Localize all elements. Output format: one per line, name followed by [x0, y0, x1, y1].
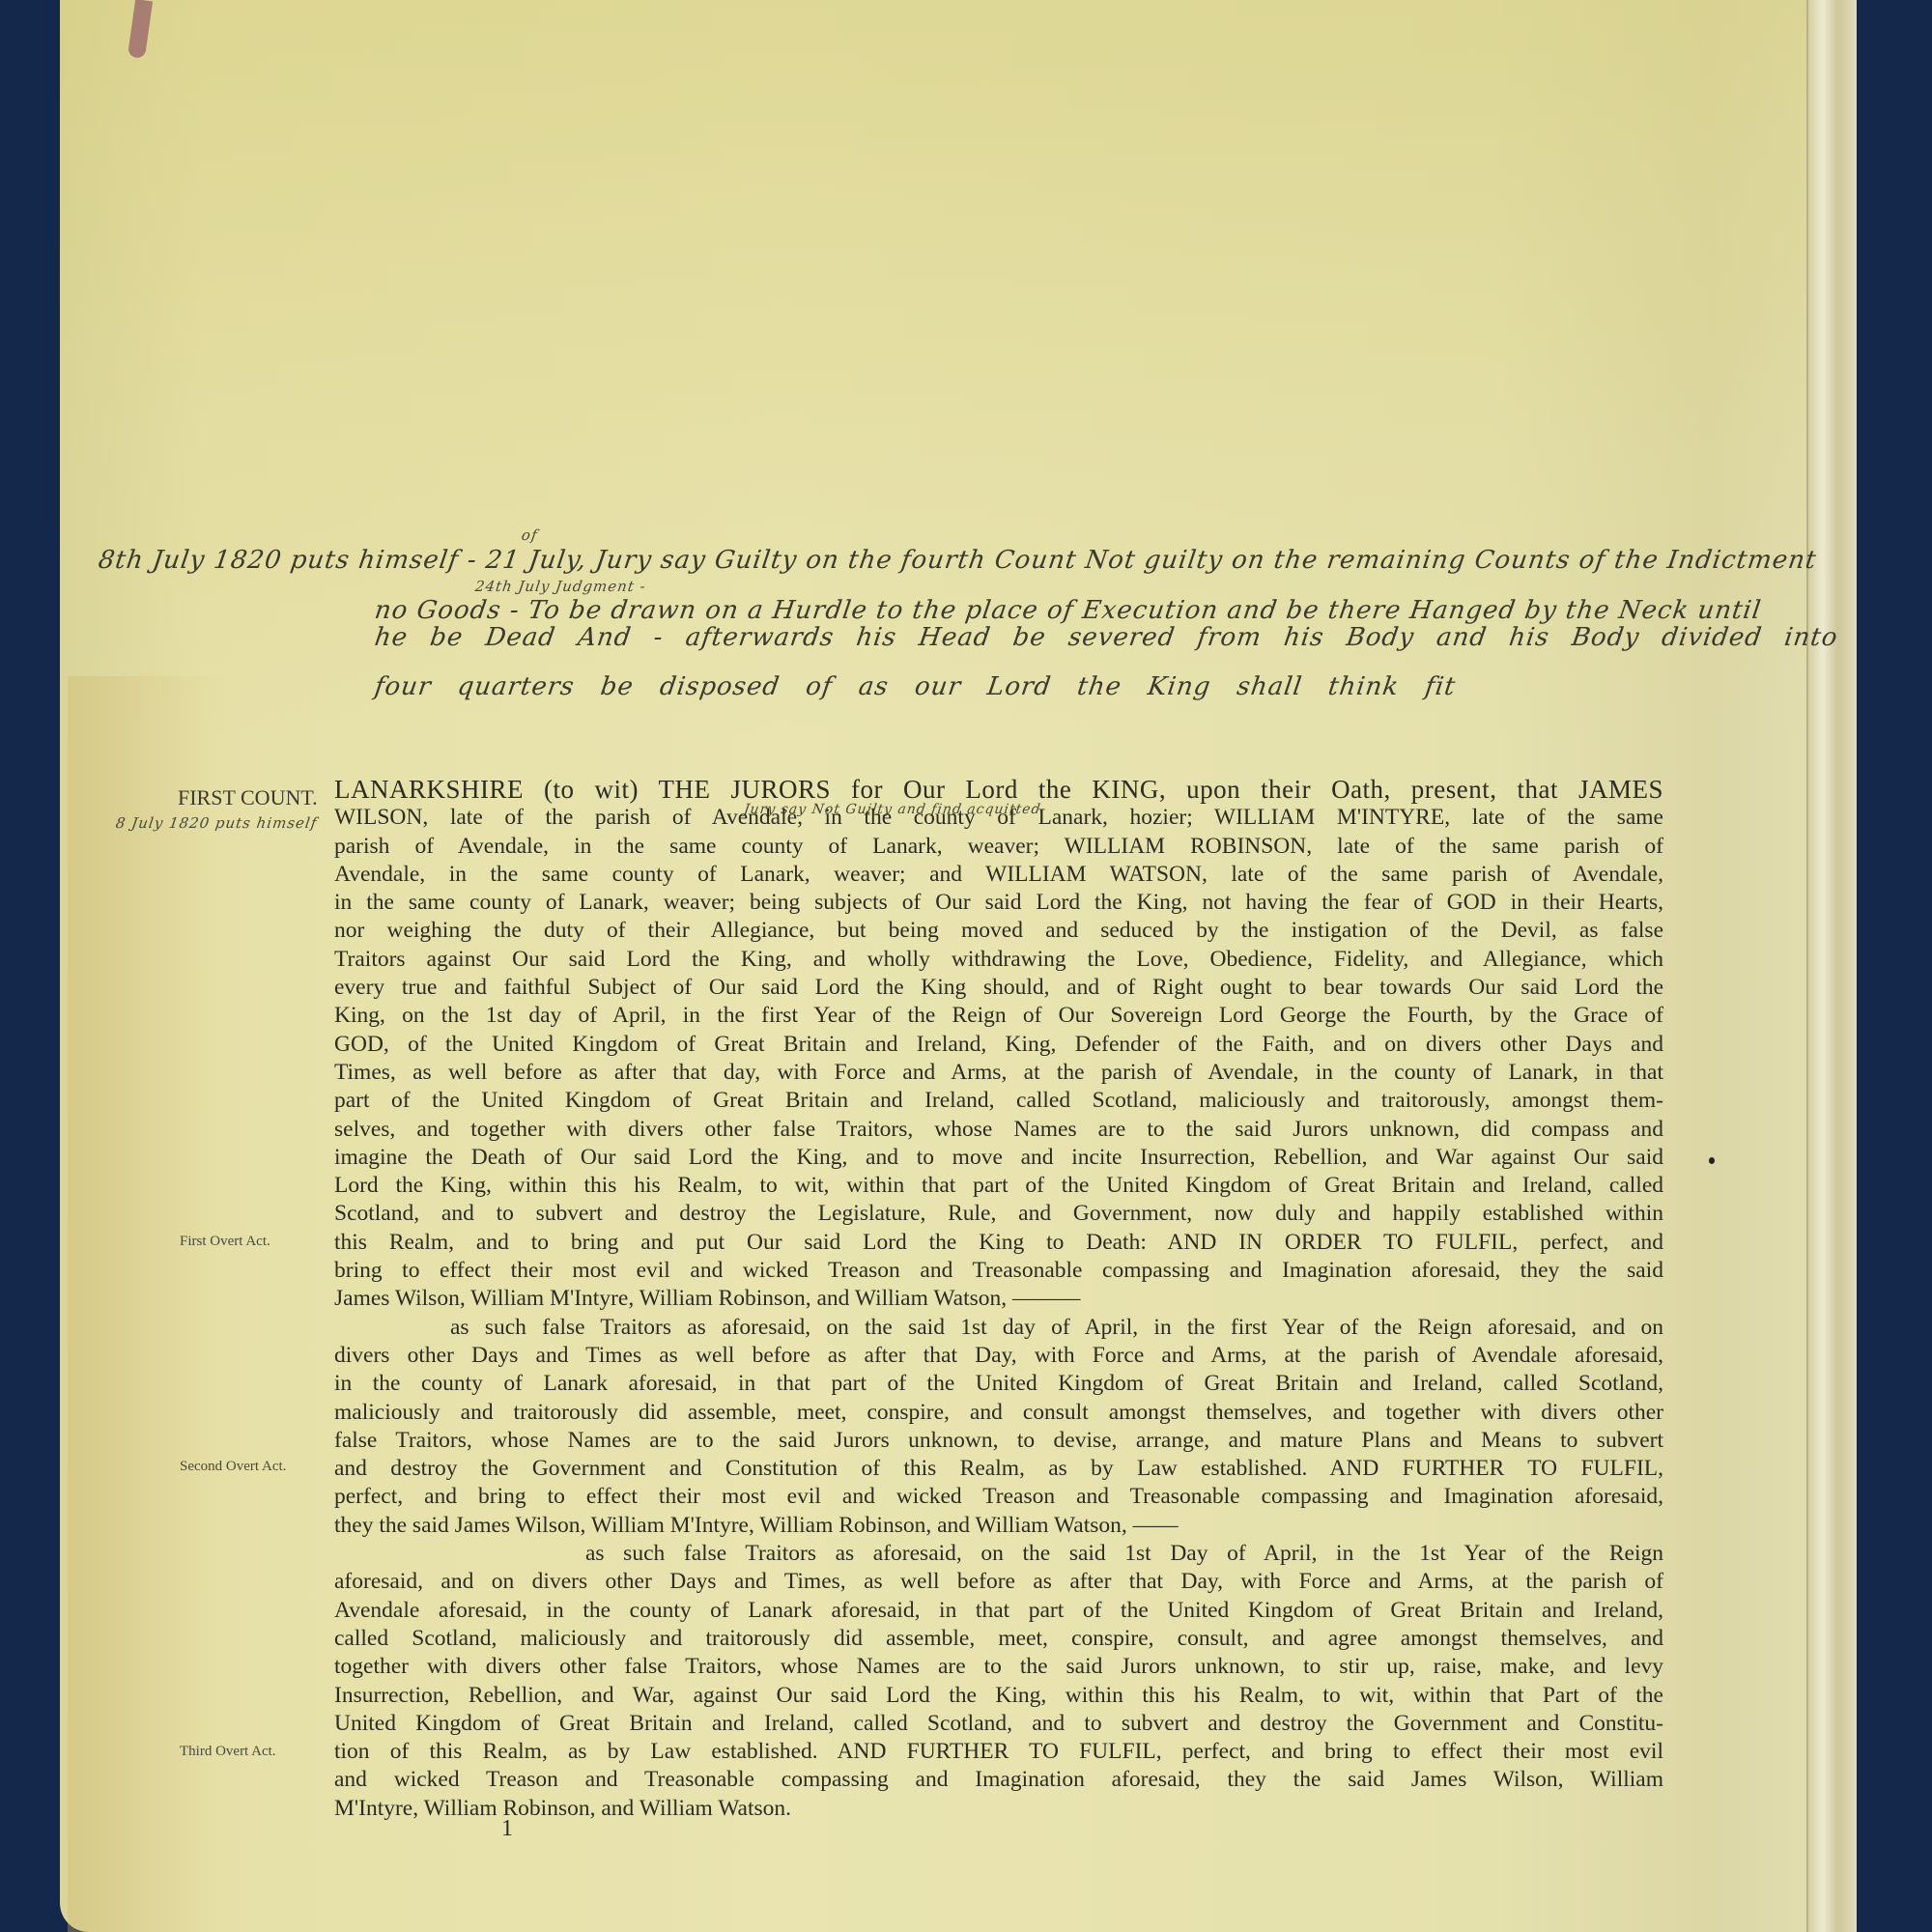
indictment-text: LANARKSHIRE (to wit) THE JURORS for Our …	[334, 776, 1663, 1823]
handwritten-superscript: of	[521, 526, 539, 544]
indictment-line: Times, as well before as after that day,…	[334, 1059, 1663, 1087]
indictment-line: and wicked Treason and Treasonable compa…	[334, 1766, 1663, 1794]
handwritten-note-line-1: 8th July 1820 puts himself - 21 July, Ju…	[97, 546, 1819, 575]
handwritten-note-line-3: he be Dead And - afterwards his Head be …	[373, 623, 1840, 652]
indictment-line: imagine the Death of Our said Lord the K…	[334, 1144, 1663, 1172]
indictment-line: this Realm, and to bring and put Our sai…	[334, 1229, 1663, 1257]
indictment-line: United Kingdom of Great Britain and Irel…	[334, 1710, 1663, 1738]
handwritten-interlinear-judgment: 24th July Judgment -	[474, 578, 647, 595]
indictment-line: nor weighing the duty of their Allegianc…	[334, 917, 1663, 945]
indictment-line: perfect, and bring to effect their most …	[334, 1483, 1663, 1511]
indictment-line: parish of Avendale, in the same county o…	[334, 833, 1663, 861]
indictment-line: called Scotland, maliciously and traitor…	[334, 1625, 1663, 1653]
indictment-line: and destroy the Government and Constitut…	[334, 1455, 1663, 1483]
handwritten-note-line-2: no Goods - To be drawn on a Hurdle to th…	[373, 596, 1763, 625]
indictment-line: Scotland, and to subvert and destroy the…	[334, 1200, 1663, 1228]
indictment-line: as such false Traitors as aforesaid, on …	[334, 1314, 1663, 1342]
indictment-line: WILSON, late of the parish of Avendale, …	[334, 804, 1663, 832]
page-number: 1	[501, 1816, 513, 1842]
indictment-line: LANARKSHIRE (to wit) THE JURORS for Our …	[334, 776, 1663, 804]
indictment-line: bring to effect their most evil and wick…	[334, 1257, 1663, 1285]
indictment-line: selves, and together with divers other f…	[334, 1116, 1663, 1144]
indictment-line: false Traitors, whose Names are to the s…	[334, 1427, 1663, 1455]
indictment-line: in the county of Lanark aforesaid, in th…	[334, 1370, 1663, 1398]
indictment-line: King, on the 1st day of April, in the fi…	[334, 1002, 1663, 1030]
margin-label-third-overt-act: Third Overt Act.	[180, 1744, 276, 1760]
indictment-line: aforesaid, and on divers other Days and …	[334, 1568, 1663, 1596]
indictment-line: tion of this Realm, as by Law establishe…	[334, 1738, 1663, 1766]
indictment-line: M'Intyre, William Robinson, and William …	[334, 1795, 1663, 1823]
indictment-line: divers other Days and Times as well befo…	[334, 1342, 1663, 1370]
margin-handwritten-date: 8 July 1820 puts himself	[115, 814, 319, 832]
handwritten-note-line-4: four quarters be disposed of as our Lord…	[373, 672, 1458, 701]
indictment-line: GOD, of the United Kingdom of Great Brit…	[334, 1031, 1663, 1059]
ink-dot	[1709, 1157, 1715, 1164]
indictment-line: part of the United Kingdom of Great Brit…	[334, 1087, 1663, 1115]
indictment-line: every true and faithful Subject of Our s…	[334, 974, 1663, 1002]
indictment-line: in the same county of Lanark, weaver; be…	[334, 889, 1663, 917]
indictment-line: as such false Traitors as aforesaid, on …	[334, 1540, 1663, 1568]
right-page-fold	[1806, 0, 1857, 1932]
margin-label-first-count: FIRST COUNT.	[178, 785, 318, 810]
indictment-line: James Wilson, William M'Intyre, William …	[334, 1285, 1663, 1313]
indictment-line: Avendale aforesaid, in the county of Lan…	[334, 1597, 1663, 1625]
indictment-line: Insurrection, Rebellion, and War, agains…	[334, 1682, 1663, 1710]
indictment-line: they the said James Wilson, William M'In…	[334, 1512, 1663, 1540]
margin-label-first-overt-act: First Overt Act.	[180, 1234, 270, 1250]
indictment-line: Lord the King, within this his Realm, to…	[334, 1172, 1663, 1200]
margin-label-second-overt-act: Second Overt Act.	[180, 1459, 286, 1475]
indictment-line: Avendale, in the same county of Lanark, …	[334, 861, 1663, 889]
indictment-line: Traitors against Our said Lord the King,…	[334, 946, 1663, 974]
indictment-line: together with divers other false Traitor…	[334, 1653, 1663, 1681]
indictment-line: maliciously and traitorously did assembl…	[334, 1399, 1663, 1427]
